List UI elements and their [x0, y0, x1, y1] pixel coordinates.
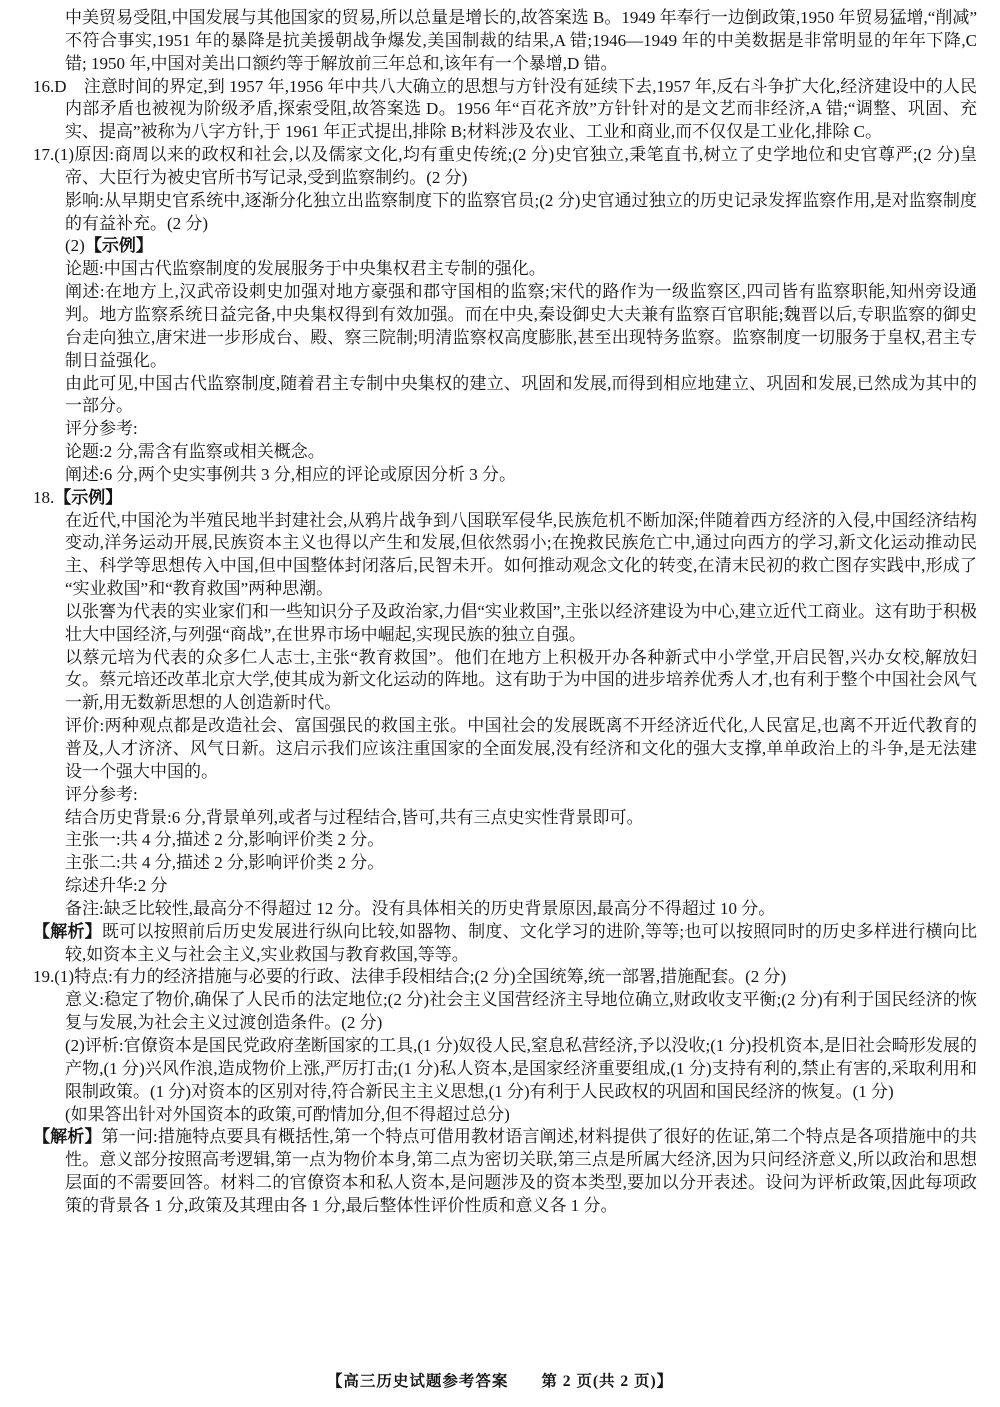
page-footer: 【高三历史试题参考答案 第 2 页(共 2 页)】 — [0, 1369, 1000, 1391]
answer-paragraph: 评价:两种观点都是改造社会、富国强民的救国主张。中国社会的发展既离不开经济近代化… — [33, 715, 977, 784]
paragraph-marker: 18. — [33, 488, 54, 507]
paragraph-text: 备注:缺乏比较性,最高分不得超过 12 分。没有具体相关的历史背景原因,最高分不… — [65, 899, 775, 918]
answer-content: 中美贸易受阻,中国发展与其他国家的贸易,所以总量是增长的,故答案选 B。1949… — [33, 7, 977, 1218]
answer-paragraph: 论题:2 分,需含有监察或相关概念。 — [33, 441, 977, 464]
answer-paragraph: 结合历史背景:6 分,背景单列,或者与过程结合,皆可,共有三点史实性背景即可。 — [33, 807, 977, 830]
answer-paragraph: 阐述:6 分,两个史实事例共 3 分,相应的评论或原因分析 3 分。 — [33, 464, 977, 487]
paragraph-text: 在近代,中国沦为半殖民地半封建社会,从鸦片战争到八国联军侵华,民族危机不断加深;… — [65, 511, 977, 599]
paragraph-text: 评价:两种观点都是改造社会、富国强民的救国主张。中国社会的发展既离不开经济近代化… — [65, 716, 977, 781]
paragraph-text: 主张二:共 4 分,描述 2 分,影响评价类 2 分。 — [65, 853, 384, 872]
paragraph-text: 注意时间的界定,到 1957 年,1956 年中共八大确立的思想与方针没有延续下… — [65, 77, 977, 142]
answer-paragraph: 由此可见,中国古代监察制度,随着君主专制中央集权的建立、巩固和发展,而得到相应地… — [33, 373, 977, 419]
answer-paragraph: (2)【示例】 — [33, 235, 977, 258]
paragraph-bold-label: 【解析】 — [33, 1127, 102, 1146]
paragraph-text: 论题:中国古代监察制度的发展服务于中央集权君主专制的强化。 — [65, 259, 546, 278]
answer-paragraph: 17.(1)原因:商周以来的政权和社会,以及儒家文化,均有重史传统;(2 分)史… — [33, 144, 977, 190]
paragraph-text: 由此可见,中国古代监察制度,随着君主专制中央集权的建立、巩固和发展,而得到相应地… — [65, 374, 977, 416]
paragraph-marker: 16.D — [33, 77, 84, 96]
answer-paragraph: 评分参考: — [33, 784, 977, 807]
paragraph-text: 主张一:共 4 分,描述 2 分,影响评价类 2 分。 — [65, 830, 384, 849]
answer-paragraph: 以张謇为代表的实业家们和一些知识分子及政治家,力倡“实业救国”,主张以经济建设为… — [33, 601, 977, 647]
paragraph-text: 阐述:在地方上,汉武帝设刺史加强对地方豪强和郡守国相的监察;宋代的路作为一级监察… — [65, 282, 977, 370]
paragraph-text: 既可以按照前后历史发展进行纵向比较,如器物、制度、文化学习的进阶,等等;也可以按… — [65, 922, 977, 964]
paragraph-text: (2)评析:官僚资本是国民党政府垄断国家的工具,(1 分)奴役人民,窒息私营经济… — [65, 1036, 977, 1101]
answer-paragraph: 在近代,中国沦为半殖民地半封建社会,从鸦片战争到八国联军侵华,民族危机不断加深;… — [33, 510, 977, 601]
paragraph-text: (1)原因:商周以来的政权和社会,以及儒家文化,均有重史传统;(2 分)史官独立… — [54, 145, 977, 187]
answer-paragraph: 综述升华:2 分 — [33, 875, 977, 898]
paragraph-text: 中美贸易受阻,中国发展与其他国家的贸易,所以总量是增长的,故答案选 B。1949… — [65, 8, 977, 73]
paragraph-text: 第一问:措施特点要具有概括性,第一个特点可借用教材语言阐述,材料提供了很好的佐证… — [65, 1127, 977, 1215]
paragraph-bold-label: 【解析】 — [33, 922, 102, 941]
exam-answer-page: 中美贸易受阻,中国发展与其他国家的贸易,所以总量是增长的,故答案选 B。1949… — [0, 0, 1000, 1407]
paragraph-text: 意义:稳定了物价,确保了人民币的法定地位;(2 分)社会主义国营经济主导地位确立… — [65, 990, 977, 1032]
paragraph-marker: 19. — [33, 967, 54, 986]
paragraph-text: 以蔡元培为代表的众多仁人志士,主张“教育救国”。他们在地方上积极开办各种新式中小… — [65, 648, 977, 713]
paragraph-text: 阐述:6 分,两个史实事例共 3 分,相应的评论或原因分析 3 分。 — [65, 465, 516, 484]
paragraph-bold-label: 【示例】 — [54, 488, 122, 507]
paragraph-text: (1)特点:有力的经济措施与必要的行政、法律手段相结合;(2 分)全国统筹,统一… — [54, 967, 786, 986]
paragraph-text: 评分参考: — [65, 419, 138, 438]
paragraph-text: (如果答出针对外国资本的政策,可酌情加分,但不得超过总分) — [65, 1105, 510, 1124]
answer-paragraph: 备注:缺乏比较性,最高分不得超过 12 分。没有具体相关的历史背景原因,最高分不… — [33, 898, 977, 921]
answer-paragraph: 论题:中国古代监察制度的发展服务于中央集权君主专制的强化。 — [33, 258, 977, 281]
answer-paragraph: 主张一:共 4 分,描述 2 分,影响评价类 2 分。 — [33, 829, 977, 852]
answer-paragraph: 意义:稳定了物价,确保了人民币的法定地位;(2 分)社会主义国营经济主导地位确立… — [33, 989, 977, 1035]
paragraph-text: 评分参考: — [65, 785, 138, 804]
answer-paragraph: 中美贸易受阻,中国发展与其他国家的贸易,所以总量是增长的,故答案选 B。1949… — [33, 7, 977, 76]
paragraph-marker: 17. — [33, 145, 54, 164]
paragraph-text: 结合历史背景:6 分,背景单列,或者与过程结合,皆可,共有三点史实性背景即可。 — [65, 808, 643, 827]
answer-paragraph: 18.【示例】 — [33, 487, 977, 510]
paragraph-text: 以张謇为代表的实业家们和一些知识分子及政治家,力倡“实业救国”,主张以经济建设为… — [65, 602, 977, 644]
paragraph-text: 综述升华:2 分 — [65, 876, 167, 895]
answer-paragraph: 以蔡元培为代表的众多仁人志士,主张“教育救国”。他们在地方上积极开办各种新式中小… — [33, 647, 977, 716]
answer-paragraph: (如果答出针对外国资本的政策,可酌情加分,但不得超过总分) — [33, 1104, 977, 1127]
answer-paragraph: 评分参考: — [33, 418, 977, 441]
paragraph-marker: (2) — [65, 236, 85, 255]
answer-paragraph: 16.D 注意时间的界定,到 1957 年,1956 年中共八大确立的思想与方针… — [33, 76, 977, 145]
answer-paragraph: 19.(1)特点:有力的经济措施与必要的行政、法律手段相结合;(2 分)全国统筹… — [33, 966, 977, 989]
paragraph-text: 论题:2 分,需含有监察或相关概念。 — [65, 442, 325, 461]
answer-paragraph: 影响:从早期史官系统中,逐渐分化独立出监察制度下的监察官员;(2 分)史官通过独… — [33, 190, 977, 236]
answer-paragraph: (2)评析:官僚资本是国民党政府垄断国家的工具,(1 分)奴役人民,窒息私营经济… — [33, 1035, 977, 1104]
answer-paragraph: 主张二:共 4 分,描述 2 分,影响评价类 2 分。 — [33, 852, 977, 875]
answer-paragraph: 【解析】既可以按照前后历史发展进行纵向比较,如器物、制度、文化学习的进阶,等等;… — [33, 921, 977, 967]
answer-paragraph: 【解析】第一问:措施特点要具有概括性,第一个特点可借用教材语言阐述,材料提供了很… — [33, 1126, 977, 1217]
answer-paragraph: 阐述:在地方上,汉武帝设刺史加强对地方豪强和郡守国相的监察;宋代的路作为一级监察… — [33, 281, 977, 372]
paragraph-text: 影响:从早期史官系统中,逐渐分化独立出监察制度下的监察官员;(2 分)史官通过独… — [65, 191, 977, 233]
paragraph-bold-label: 【示例】 — [85, 236, 153, 255]
